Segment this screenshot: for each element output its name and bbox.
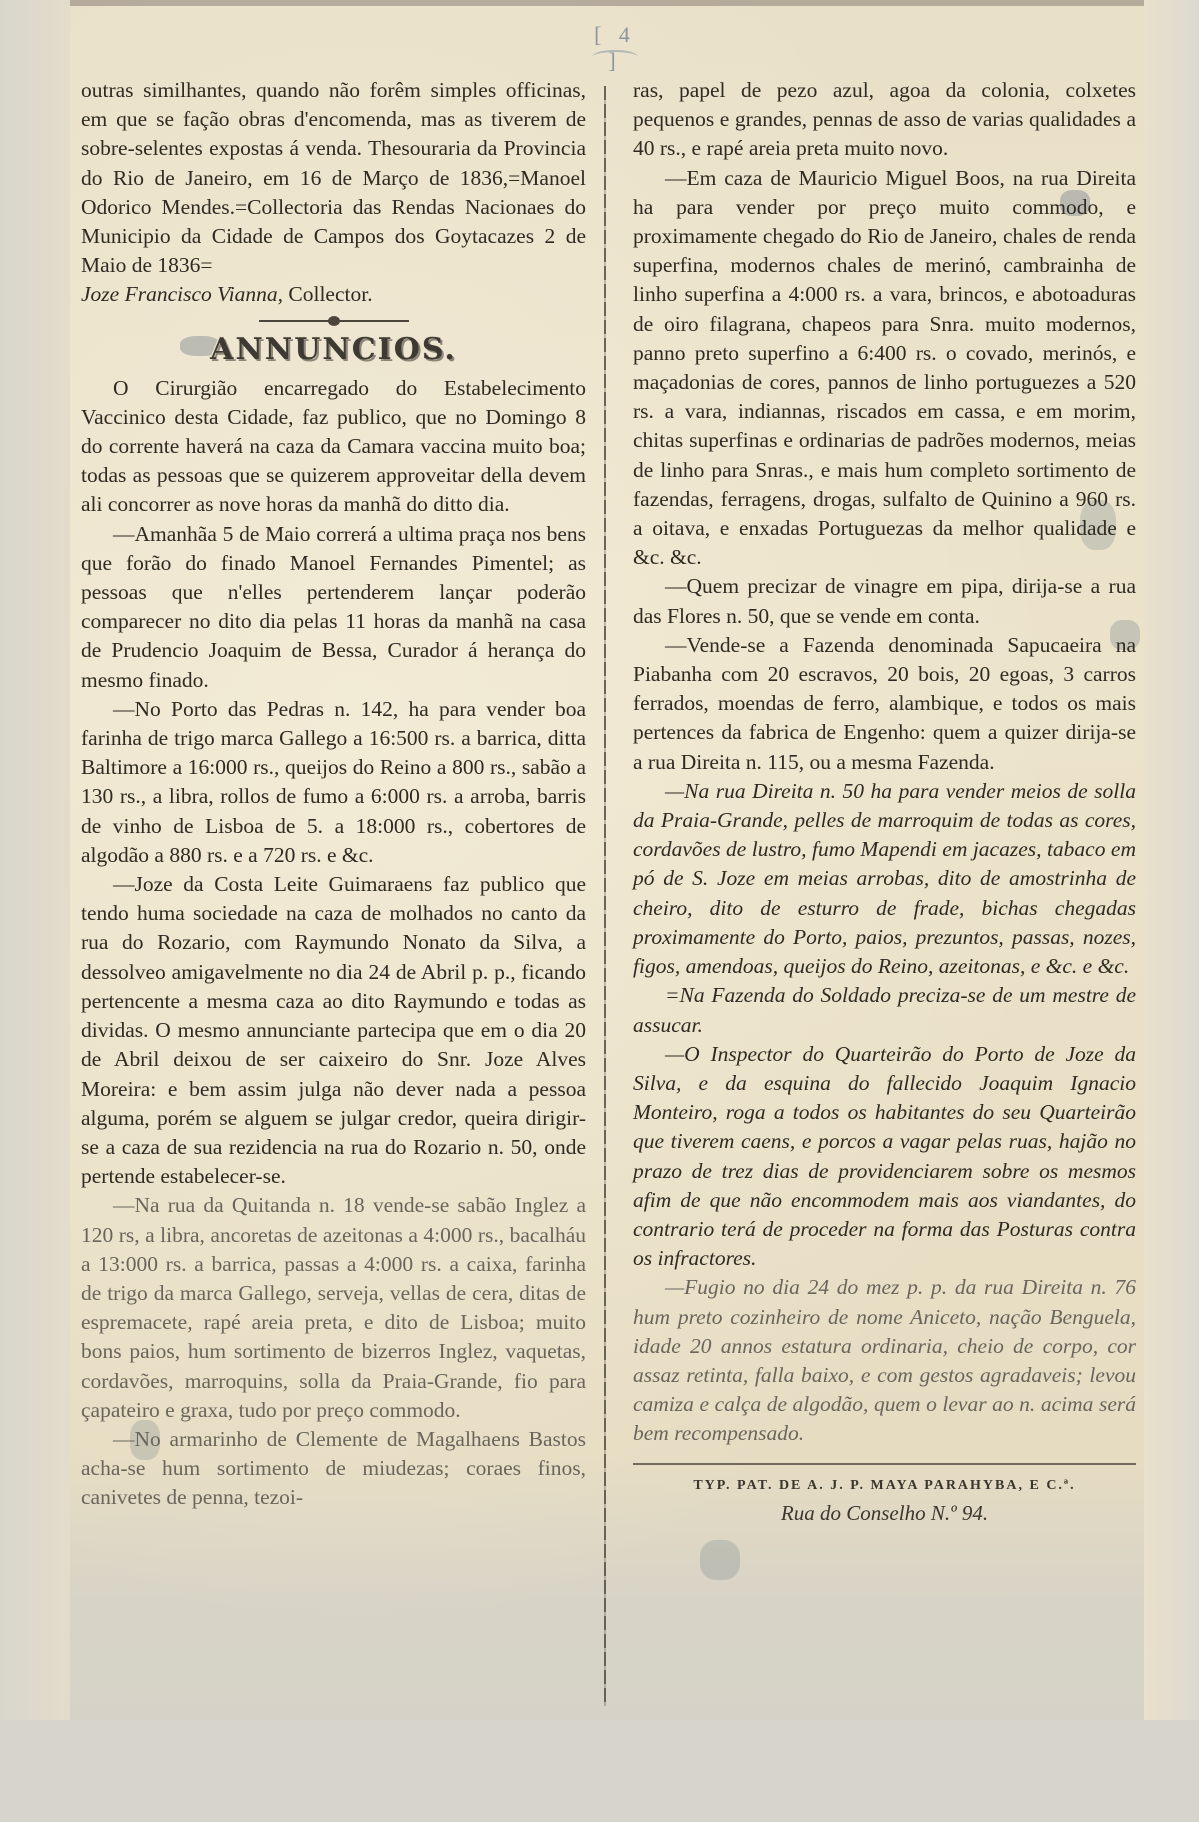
closing-rule [633, 1463, 1136, 1465]
page-number-ornament-icon [592, 50, 638, 64]
ad-porto-das-pedras: —No Porto das Pedras n. 142, ha para ven… [81, 695, 586, 870]
ad-fazenda-sapucaeira: —Vende-se a Fazenda denominada Sapucaeir… [633, 631, 1136, 777]
ad-runaway-notice: —Fugio no dia 24 do mez p. p. da rua Dir… [633, 1273, 1136, 1448]
page-number: [ 4 ] [585, 22, 645, 74]
right-margin [1144, 0, 1199, 1822]
printer-imprint: TYP. PAT. DE A. J. P. MAYA PARAHYBA, E C… [633, 1473, 1136, 1499]
ad-rua-direita-50: —Na rua Direita n. 50 ha para vender mei… [633, 777, 1136, 981]
ornamental-rule-icon [259, 316, 409, 326]
signature-name: Joze Francisco Vianna, [81, 282, 283, 306]
section-heading: ANNUNCIOS. [81, 330, 586, 370]
continued-notice: outras similhantes, quando não forêm sim… [81, 76, 586, 280]
newspaper-page: [ 4 ] outras similhantes, quando não for… [0, 0, 1199, 1822]
ad-vinagre: —Quem precizar de vinagre em pipa, dirij… [633, 572, 1136, 630]
ink-stain [700, 1540, 740, 1580]
ad-auction: —Amanhãa 5 de Maio correrá a ultima praç… [81, 520, 586, 695]
page-top-edge [0, 0, 1199, 6]
left-column: outras similhantes, quando não forêm sim… [81, 76, 586, 1513]
left-margin [0, 0, 70, 1822]
right-column: ras, papel de pezo azul, agoa da colonia… [633, 76, 1136, 1527]
ad-rua-quitanda: —Na rua da Quitanda n. 18 vende-se sabão… [81, 1191, 586, 1425]
continued-ad: ras, papel de pezo azul, agoa da colonia… [633, 76, 1136, 164]
column-divider [604, 86, 606, 1706]
ad-vaccine: O Cirurgião encarregado do Estabelecimen… [81, 374, 586, 520]
bottom-margin [0, 1720, 1199, 1822]
printer-address: Rua do Conselho N.º 94. [633, 1499, 1136, 1527]
ad-inspector-quarteirao: —O Inspector do Quarteirão do Porto de J… [633, 1040, 1136, 1274]
signature-title: Collector. [283, 282, 373, 306]
ad-mauricio-boos: —Em caza de Mauricio Miguel Boos, na rua… [633, 164, 1136, 573]
notice-signature: Joze Francisco Vianna, Collector. [81, 280, 586, 309]
ad-partnership-dissolved: —Joze da Costa Leite Guimaraens faz publ… [81, 870, 586, 1191]
ad-fazenda-soldado: =Na Fazenda do Soldado preciza-se de um … [633, 981, 1136, 1039]
ad-armarinho: —No armarinho de Clemente de Magalhaens … [81, 1425, 586, 1513]
